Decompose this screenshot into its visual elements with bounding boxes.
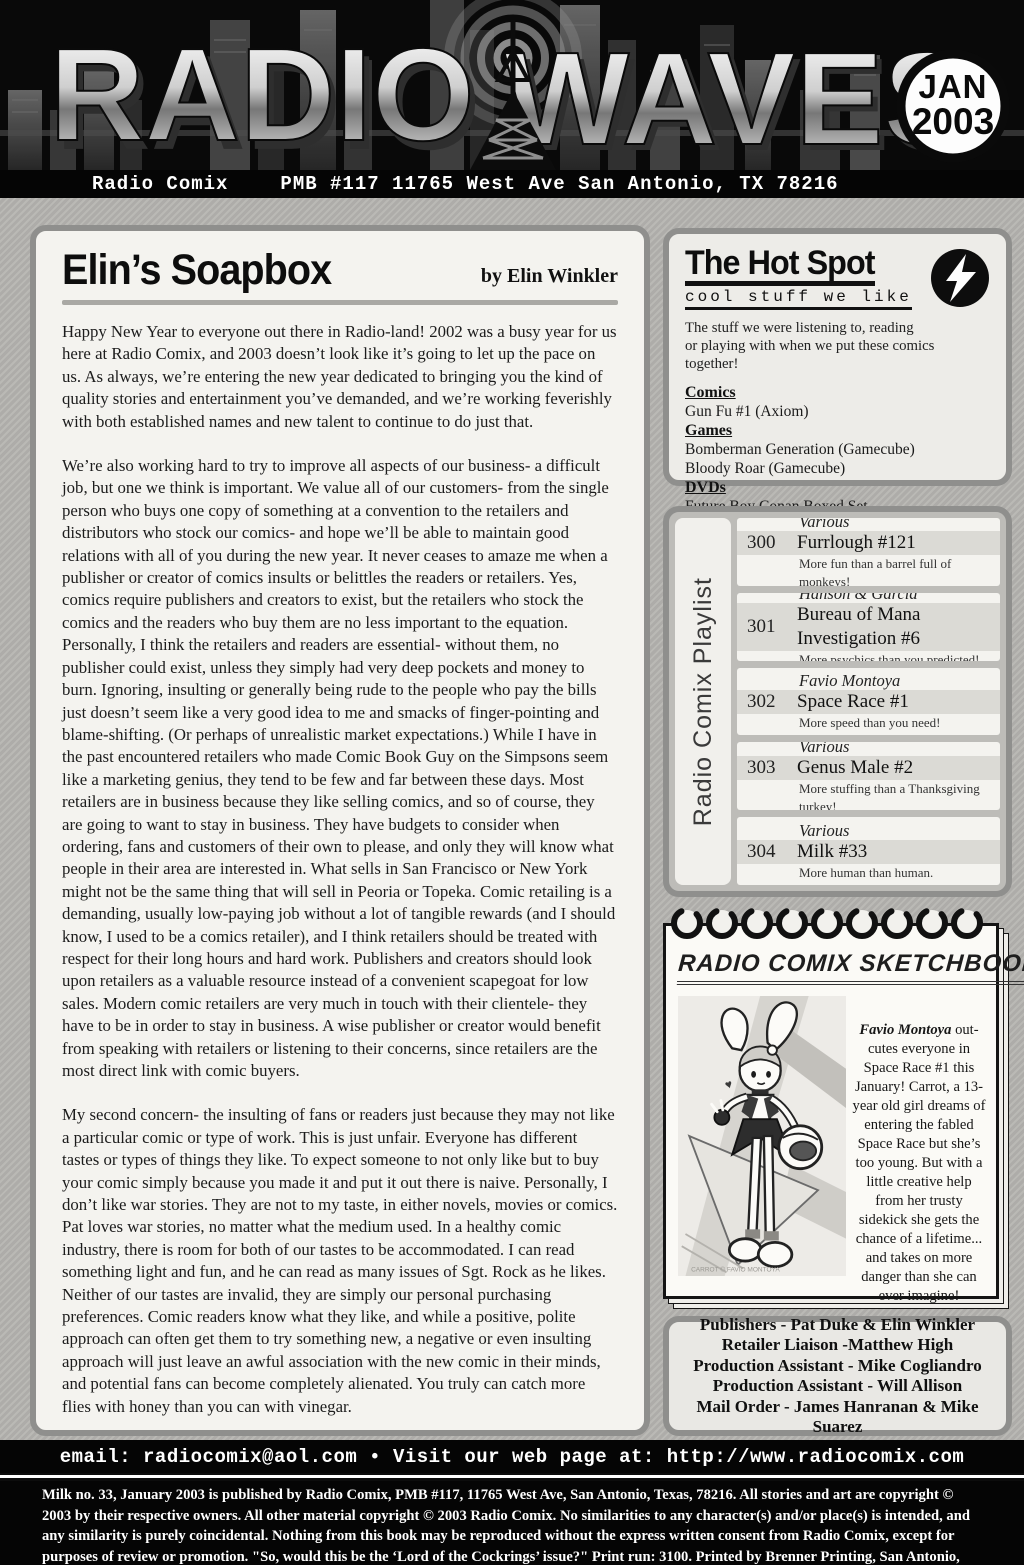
playlist-track-number: 300: [737, 531, 797, 555]
hot-spot-category: Games: [685, 421, 990, 440]
masthead-banner: RADIO RADIO WAVES WAVES JAN: [0, 0, 1024, 170]
hot-spot-header: The Hot Spot cool stuff we like: [685, 246, 990, 310]
sketchbook-artist-name: Favio Montoya: [859, 1022, 951, 1038]
hot-spot-intro-line1: The stuff we were listening to, reading: [685, 319, 990, 337]
playlist-side-label: Radio Comix Playlist: [689, 577, 718, 826]
publisher-address-bar: Radio Comix PMB #117 11765 West Ave San …: [0, 170, 1024, 198]
credit-line: Publishers - Pat Duke & Elin Winkler: [679, 1315, 996, 1336]
spiral-binding-icon: [665, 903, 1001, 943]
hot-spot-category: Comics: [685, 383, 990, 402]
playlist-entry: Various 303 Genus Male #2 More stuffing …: [737, 742, 1000, 810]
soapbox-article: Elin’s Soapbox by Elin Winkler Happy New…: [30, 225, 650, 1436]
playlist-title: Milk #33: [797, 840, 867, 864]
playlist-title-row: 300 Furrlough #121: [737, 531, 1000, 555]
badge-month: JAN: [918, 68, 987, 105]
hot-spot-intro-line2: or playing with when we put these comics…: [685, 337, 990, 373]
soapbox-paragraph: Happy New Year to everyone out there in …: [62, 321, 618, 433]
credit-line: Retailer Liaison -Matthew High: [679, 1335, 996, 1356]
title-rule: [62, 300, 618, 305]
issue-date-badge: JAN 2003: [901, 54, 1005, 158]
playlist-artist: Favio Montoya: [799, 671, 1000, 690]
sketchbook-title: RADIO COMIX SKETCHBOOK: [677, 950, 1024, 985]
hot-spot-subtitle: cool stuff we like: [685, 288, 912, 310]
hot-spot-category: DVDs: [685, 478, 990, 497]
playlist-artist: Hanson & Garcia: [799, 593, 1000, 603]
playlist-track-number: 302: [737, 690, 797, 714]
hot-spot-panel: The Hot Spot cool stuff we like The stuf…: [663, 228, 1012, 486]
contact-line: email: radiocomix@aol.com • Visit our we…: [60, 1446, 965, 1468]
playlist-entry: Hanson & Garcia 301 Bureau of Mana Inves…: [737, 593, 1000, 661]
hot-spot-item: Gun Fu #1 (Axiom): [685, 402, 990, 421]
sketchbook-caption: Favio Montoya out-cutes everyone in Spac…: [852, 993, 986, 1306]
playlist-artist: Various: [799, 742, 1000, 755]
contact-bar: email: radiocomix@aol.com • Visit our we…: [0, 1440, 1024, 1473]
svg-text:CARROT © FAVIO MONTOYA: CARROT © FAVIO MONTOYA: [691, 1265, 780, 1273]
publisher-name: Radio Comix: [92, 173, 228, 195]
page-body: Elin’s Soapbox by Elin Winkler Happy New…: [0, 198, 1024, 1440]
soapbox-paragraph: My second concern- the insulting of fans…: [62, 1104, 618, 1418]
playlist-side-label-strip: Radio Comix Playlist: [675, 518, 731, 885]
playlist-tagline: More psychics than you predicted!: [799, 651, 1000, 660]
credit-line: Mail Order - James Hanranan & Mike Suare…: [679, 1397, 996, 1438]
playlist-entries: Various 300 Furrlough #121 More fun than…: [737, 518, 1000, 885]
credits-panel: Publishers - Pat Duke & Elin Winkler Ret…: [663, 1316, 1012, 1436]
playlist-panel: Radio Comix Playlist Various 300 Furrlou…: [663, 506, 1012, 897]
soapbox-body: Happy New Year to everyone out there in …: [62, 321, 618, 1436]
playlist-title: Genus Male #2: [797, 756, 913, 780]
soapbox-title: Elin’s Soapbox: [62, 249, 331, 292]
playlist-tagline: More human than human.: [799, 864, 1000, 882]
sketchbook-caption-text: out-cutes everyone in Space Race #1 this…: [853, 1022, 986, 1304]
sketchbook-panel: RADIO COMIX SKETCHBOOK: [663, 903, 1015, 1303]
playlist-tagline: More fun than a barrel full of monkeys!: [799, 555, 1000, 585]
hot-spot-title: The Hot Spot: [685, 246, 875, 286]
soapbox-byline: by Elin Winkler: [481, 265, 618, 292]
publisher-address: PMB #117 11765 West Ave San Antonio, TX …: [280, 173, 838, 195]
playlist-title-row: 301 Bureau of Mana Investigation #6: [737, 603, 1000, 651]
playlist-artist: Various: [799, 518, 1000, 531]
playlist-entry: Various 304 Milk #33 More human than hum…: [737, 817, 1000, 885]
logo-left-text: RADIO: [49, 21, 474, 168]
badge-year: 2003: [912, 101, 994, 142]
indicia-fine-print: Milk no. 33, January 2003 is published b…: [0, 1481, 1024, 1565]
hot-spot-list: Comics Gun Fu #1 (Axiom) Games Bomberman…: [685, 383, 990, 516]
radio-waves-logo-art: RADIO RADIO WAVES WAVES JAN: [0, 0, 1024, 170]
bunny-girl-sketch: ♥: [678, 993, 846, 1279]
hot-spot-item: Bloody Roar (Gamecube): [685, 459, 990, 478]
magazine-page: RADIO RADIO WAVES WAVES JAN: [0, 0, 1024, 1565]
soapbox-paragraph: We’re also working hard to try to improv…: [62, 455, 618, 1082]
lightning-bolt-icon: [930, 248, 990, 308]
soapbox-header: Elin’s Soapbox by Elin Winkler: [62, 249, 618, 292]
playlist-title-row: 302 Space Race #1: [737, 690, 1000, 714]
playlist-track-number: 304: [737, 840, 797, 864]
playlist-entry: Favio Montoya 302 Space Race #1 More spe…: [737, 668, 1000, 736]
playlist-title-row: 303 Genus Male #2: [737, 756, 1000, 780]
playlist-title: Space Race #1: [797, 690, 909, 714]
playlist-artist: Various: [799, 821, 1000, 840]
playlist-track-number: 301: [737, 615, 797, 639]
playlist-title: Bureau of Mana Investigation #6: [797, 603, 1000, 651]
credit-line: Production Assistant - Mike Cogliandro: [679, 1356, 996, 1377]
hot-spot-intro: The stuff we were listening to, reading …: [685, 319, 990, 373]
sketchbook-page: RADIO COMIX SKETCHBOOK: [663, 923, 999, 1299]
hot-spot-titles: The Hot Spot cool stuff we like: [685, 246, 912, 310]
playlist-tagline: More stuffing than a Thanksgiving turkey…: [799, 780, 1000, 810]
playlist-title-row: 304 Milk #33: [737, 840, 1000, 864]
playlist-entry: Various 300 Furrlough #121 More fun than…: [737, 518, 1000, 586]
credit-line: Production Assistant - Will Allison: [679, 1376, 996, 1397]
sketchbook-body: ♥: [678, 993, 986, 1306]
playlist-track-number: 303: [737, 756, 797, 780]
playlist-tagline: More speed than you need!: [799, 714, 1000, 732]
hot-spot-item: Bomberman Generation (Gamecube): [685, 440, 990, 459]
playlist-title: Furrlough #121: [797, 531, 916, 555]
footer-divider: [0, 1475, 1024, 1478]
